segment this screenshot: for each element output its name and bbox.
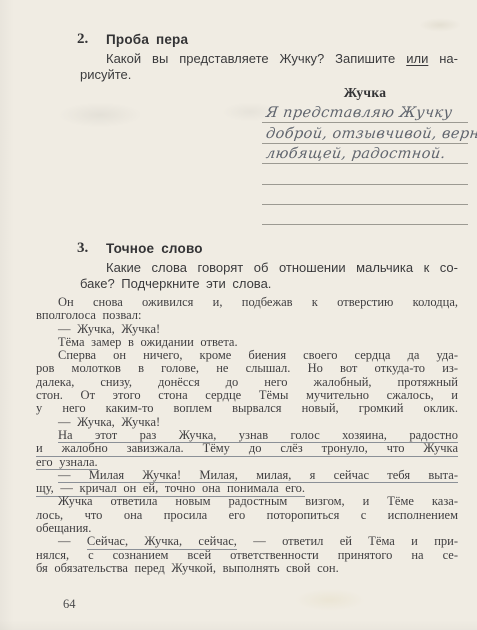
exercise-3-title: Точное слово	[106, 241, 203, 256]
text-segment: Какой вы представляете Жучку? Запишите	[106, 51, 406, 66]
story-passage: Он снова оживился и, подбежав к отверсти…	[36, 296, 458, 575]
exercise-3-header: 3. Точное слово	[80, 240, 458, 257]
text-segment: нялся, с сознанием всей ответственности …	[36, 548, 458, 562]
passage-line: стон. От этого стона сердце Тёмы мучител…	[36, 389, 458, 402]
passage-line: Жучка ответила новым радостным визгом, и…	[36, 495, 458, 508]
exercise-2-header: 2. Проба пера	[80, 31, 458, 48]
text-segment: — Жучка, Жучка!	[58, 322, 160, 336]
underlined-word: или	[406, 51, 428, 66]
handwritten-text: Я представляю Жучку	[265, 105, 453, 121]
answer-title: Жучка	[262, 85, 468, 101]
passage-line: — Жучка, Жучка!	[36, 323, 458, 336]
text-segment: Тёма замер в ожидании ответа.	[58, 335, 238, 349]
text-segment: Жучка ответила новым радостным визгом, и…	[58, 494, 458, 508]
passage-line: далека, снизу, донёсся до него жалобный,…	[36, 376, 458, 389]
passage-line: — Жучка, Жучка!	[36, 416, 458, 429]
text-segment: обещания.	[36, 521, 91, 535]
passage-line: его узнала.	[36, 456, 458, 469]
text-segment: Какие слова говорят об отношении мальчик…	[106, 260, 458, 275]
question-line: Какой вы представляете Жучку? Запишите и…	[80, 51, 458, 67]
passage-line: щу, — кричал он ей, точно она понимала е…	[36, 482, 458, 495]
handwritten-text: доброй, отзывчивой, верной,	[265, 126, 477, 142]
answer-block: Жучка Я представляю Жучкудоброй, отзывчи…	[262, 85, 468, 225]
passage-line: и жалобно завизжала. Тёму до слёз тронул…	[36, 442, 458, 455]
passage-line: На этот раз Жучка, узнав голос хозяина, …	[36, 429, 458, 442]
question-line: Какие слова говорят об отношении мальчик…	[80, 260, 458, 276]
text-segment: на-	[428, 51, 458, 66]
text-segment: стон. От этого стона сердце Тёмы мучител…	[36, 388, 458, 402]
exercise-3: 3. Точное слово Какие слова говорят об о…	[80, 240, 458, 291]
ruled-line	[262, 185, 468, 205]
text-segment: бя обязательства перед Жучкой, выполнять…	[36, 561, 339, 575]
exercise-3-number: 3.	[77, 240, 88, 257]
question-line: рисуйте.	[80, 67, 458, 83]
text-segment: рисуйте.	[80, 67, 131, 82]
handwritten-text: любящей, радостной.	[265, 146, 447, 162]
text-segment: Сперва он ничего, кроме биения своего се…	[58, 348, 458, 362]
text-segment: —	[58, 534, 87, 548]
passage-line: у него каким-то воплем вырвался новый, г…	[36, 402, 458, 415]
exercise-2-question: Какой вы представляете Жучку? Запишите и…	[80, 51, 458, 82]
exercise-2-number: 2.	[77, 31, 88, 48]
text-segment: — ответил ей Тёма и при-	[237, 534, 458, 548]
passage-line: бя обязательства перед Жучкой, выполнять…	[36, 562, 458, 575]
ruled-line	[262, 205, 468, 225]
text-segment: — Жучка, Жучка!	[58, 415, 160, 429]
ruled-line	[262, 164, 468, 184]
passage-line: нялся, с сознанием всей ответственности …	[36, 549, 458, 562]
text-segment: у него каким-то воплем вырвался новый, г…	[36, 401, 458, 415]
ruled-line: доброй, отзывчивой, верной,	[262, 123, 468, 143]
passage-line: — Сейчас, Жучка, сейчас, — ответил ей Тё…	[36, 535, 458, 548]
exercise-3-question: Какие слова говорят об отношении мальчик…	[80, 260, 458, 291]
answer-lines: Я представляю Жучкудоброй, отзывчивой, в…	[262, 103, 468, 225]
text-segment: лось, что она просила его поторопиться с…	[36, 508, 458, 522]
exercise-2: 2. Проба пера Какой вы представляете Жуч…	[80, 31, 458, 82]
text-segment: далека, снизу, донёсся до него жалобный,…	[36, 375, 458, 389]
ruled-line: любящей, радостной.	[262, 144, 468, 164]
text-segment: Он снова оживился и, подбежав к отверсти…	[58, 295, 458, 309]
passage-line: Сперва он ничего, кроме биения своего се…	[36, 349, 458, 362]
text-segment: баке? Подчеркните эти слова.	[80, 276, 271, 291]
passage-line: Он снова оживился и, подбежав к отверсти…	[36, 296, 458, 309]
page-number: 64	[63, 597, 76, 612]
pencil-underlined-text: и жалобно завизжала. Тёму до слёз тронул…	[36, 441, 458, 457]
question-line: баке? Подчеркните эти слова.	[80, 276, 458, 292]
text-segment: вполголоса позвал:	[36, 308, 141, 322]
passage-line: ров молотков в голове, не слышал. Но вот…	[36, 362, 458, 375]
workbook-page: 2. Проба пера Какой вы представляете Жуч…	[0, 0, 477, 630]
passage-line: Тёма замер в ожидании ответа.	[36, 336, 458, 349]
passage-line: вполголоса позвал:	[36, 309, 458, 322]
text-segment: ров молотков в голове, не слышал. Но вот…	[36, 361, 458, 375]
passage-line: лось, что она просила его поторопиться с…	[36, 509, 458, 522]
exercise-2-title: Проба пера	[106, 32, 188, 47]
passage-line: обещания.	[36, 522, 458, 535]
passage-line: — Милая Жучка! Милая, милая, я сейчас те…	[36, 469, 458, 482]
ruled-line: Я представляю Жучку	[262, 103, 468, 123]
